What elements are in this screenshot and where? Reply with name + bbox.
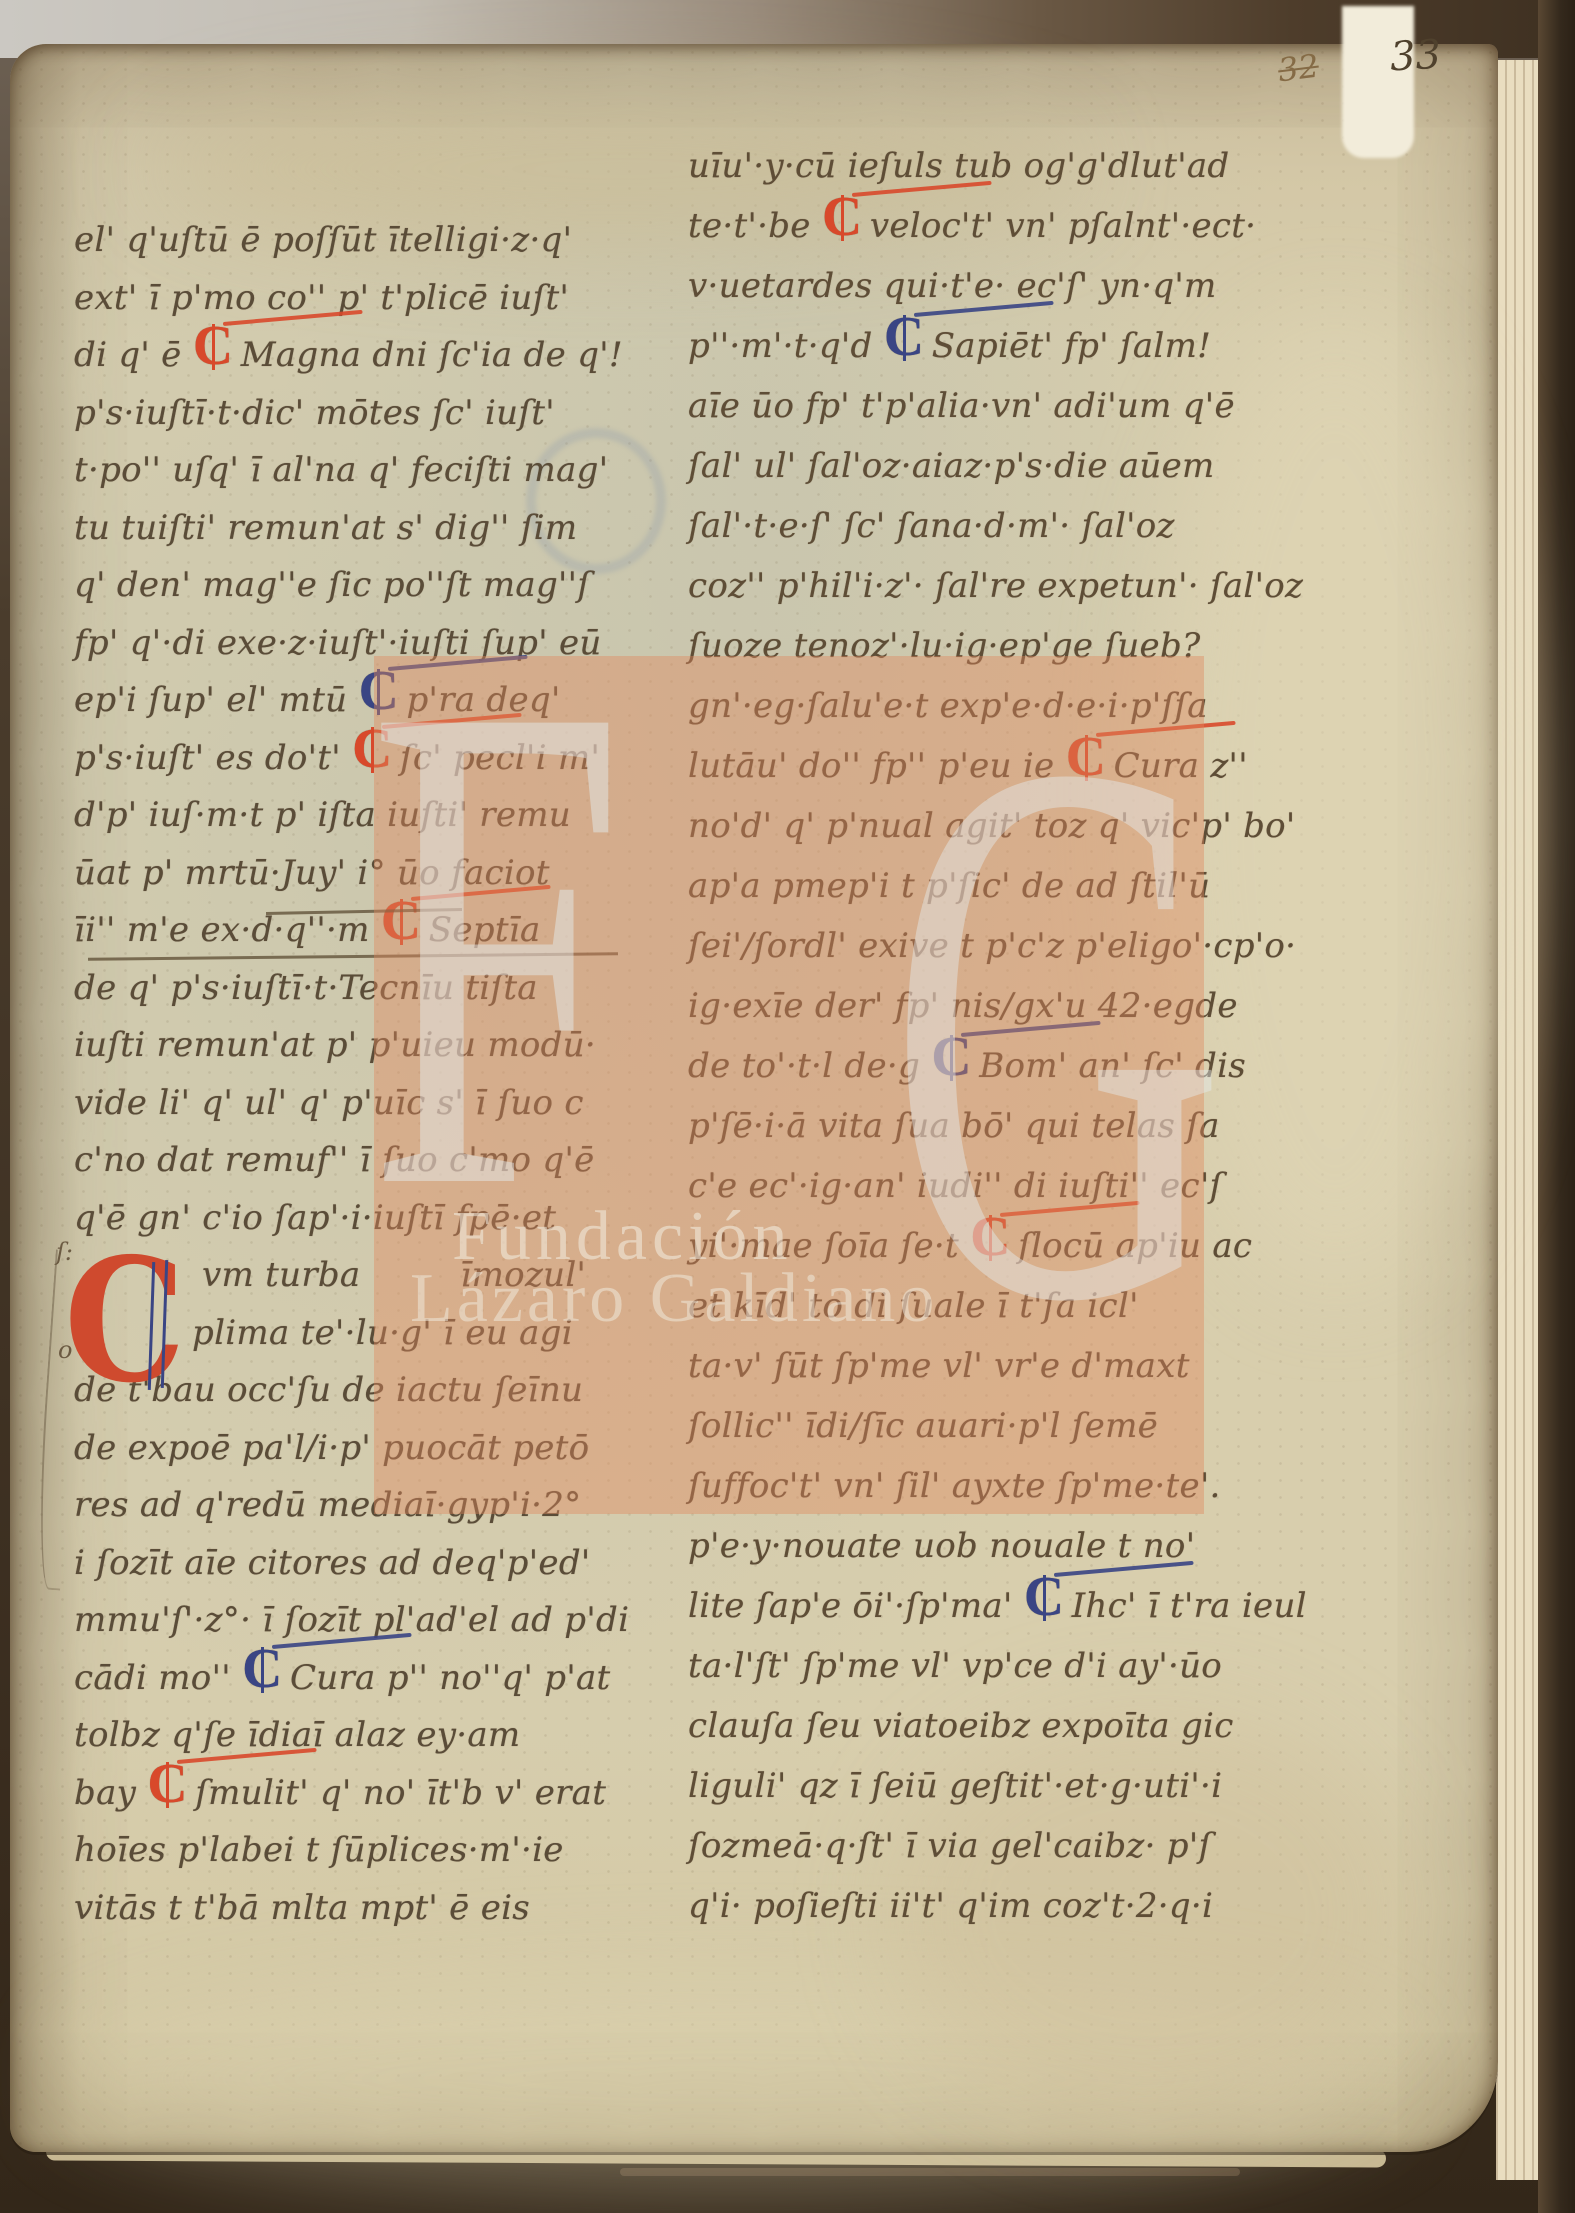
text-line: p''·m'·t·q'd CSapiēt' fp' ſalm! [688, 316, 1298, 376]
text-run: Sapiēt' fp' ſalm! [932, 326, 1211, 366]
text-run: hoīes p'labei t ſūplices·m'·ie [74, 1830, 564, 1870]
text-line: q'i· poſieſti ii't' q'im coz't·2·q·i [688, 1876, 1298, 1936]
text-run: vitās t t'bā mlta mpt' ē eis [74, 1888, 530, 1928]
text-line: clauſa ſeu viatoeibz expoīta gic [688, 1696, 1298, 1756]
text-line: mmu'ſ'·z°· ī ſozīt pl'ad'el ad p'di [74, 1592, 684, 1650]
text-run: vm turba īmozul' [202, 1255, 586, 1295]
pilcrow-icon: C [195, 334, 233, 374]
text-run: p'e·y·nouate uob nouale t no' [688, 1526, 1195, 1566]
text-run: di q' ē [74, 335, 193, 375]
text-run: ſozmeā·q·ſt' ī via gel'caibz· p'ſ [688, 1826, 1211, 1866]
text-line: p's·iuſt' es do't' Cſc' pecl'i m' [74, 730, 684, 788]
text-run: ſollic'' īdi/ſīc auari·p'l ſemē [688, 1406, 1158, 1446]
text-run: liguli' qz ī ſeiū geſtit'·et·g·uti'·i [688, 1766, 1222, 1806]
text-run: q' den' mag''e ſic po''ſt mag''ſ [74, 565, 590, 605]
text-line: iuſti remun'at p' p'uieu modū· [74, 1017, 684, 1075]
text-line: ſal'·t·e·ſ' ſc' ſana·d·m'· ſal'oz [688, 496, 1298, 556]
text-line: cādi mo'' CCura p'' no''q' p'at [74, 1650, 684, 1708]
text-line: p'ſē·i·ā vita ſua bō' qui telas ſa [688, 1096, 1298, 1156]
text-run: lite ſap'e ōi'·ſp'ma' [688, 1586, 1024, 1626]
text-run: q'i· poſieſti ii't' q'im coz't·2·q·i [688, 1886, 1213, 1926]
text-run: c'e ec'·ig·an' iudi'' di iuſti'' ec'ſ [688, 1166, 1222, 1206]
text-line: tu tuiſti' remun'at s' dig'' ſim [74, 500, 684, 558]
text-line: bay Cſmulit' q' no' īt'b v' erat [74, 1765, 684, 1823]
text-run: el' q'uſtū ē poſſūt ītelligi·z·q' [74, 220, 572, 260]
text-line: di q' ē CMagna dni ſc'ia de q'! [74, 327, 684, 385]
text-run: no'd' q' p'nual agit' toz q' vic'p' bo' [688, 806, 1296, 846]
text-run: ſmulit' q' no' īt'b v' erat [195, 1773, 606, 1813]
pilcrow-icon: C [824, 205, 862, 245]
text-line: no'd' q' p'nual agit' toz q' vic'p' bo' [688, 796, 1298, 856]
text-run: p's·iuſt' es do't' [74, 738, 352, 778]
text-run: de q' p's·iuſtī·t·Tecnīu tiſta [74, 968, 538, 1008]
text-run: īi'' m'e ex·d·q''·m [74, 910, 381, 950]
text-line: vide li' q' ul' q' p'uīc s' ī ſuo c [74, 1075, 684, 1133]
text-line: ſuffoc't' vn' ſil' ayxte ſp'me·te'. [688, 1456, 1298, 1516]
pilcrow-icon: C [1026, 1585, 1064, 1625]
text-run: ta·v' ſūt ſp'me vl' vr'e d'maxt [688, 1346, 1190, 1386]
pilcrow-icon: C [149, 1772, 187, 1812]
text-line: de expoē pa'l/i·p' puocāt petō [74, 1420, 684, 1478]
text-run: uīu'·y·cū ieſuls tub og'g'dlut'ad [688, 146, 1230, 186]
text-run: c'no dat remuf'' ī ſuo c'mo q'ē [74, 1140, 595, 1180]
text-line: ſei'/ſordl' exive t p'c'z p'eligo'·cp'o· [688, 916, 1298, 976]
pilcrow-icon: C [244, 1657, 282, 1697]
text-run: vide li' q' ul' q' p'uīc s' ī ſuo c [74, 1083, 584, 1123]
text-line: liguli' qz ī ſeiū geſtit'·et·g·uti'·i [688, 1756, 1298, 1816]
text-run: de expoē pa'l/i·p' puocāt petō [74, 1428, 589, 1468]
text-run: Septīa [429, 910, 541, 950]
text-run: ep'i ſup' el' mtū [74, 680, 358, 720]
text-line: uīu'·y·cū ieſuls tub og'g'dlut'ad [688, 136, 1298, 196]
text-line: d'p' iuſ·m·t p' iſta iuſti' remu [74, 787, 684, 845]
text-line: ta·v' ſūt ſp'me vl' vr'e d'maxt [688, 1336, 1298, 1396]
text-run: p'ſē·i·ā vita ſua bō' qui telas ſa [688, 1106, 1220, 1146]
text-run: p''·m'·t·q'd [688, 326, 884, 366]
text-line: lutāu' do'' fp'' p'eu ie CCura z'' [688, 736, 1298, 796]
pilcrow-icon: C [383, 909, 421, 949]
text-line: ſollic'' īdi/ſīc auari·p'l ſemē [688, 1396, 1298, 1456]
text-run: p'ra deq' [406, 680, 560, 720]
text-line: ſuoze tenoz'·lu·ig·ep'ge ſueb? [688, 616, 1298, 676]
text-run: Cura p'' no''q' p'at [290, 1658, 611, 1698]
text-run: Magna dni ſc'ia de q'! [241, 335, 623, 375]
text-run: plima te'·lu·g' ī eu agi [192, 1313, 573, 1353]
text-run: tu tuiſti' remun'at s' dig'' ſim [74, 508, 577, 548]
right-text-column: uīu'·y·cū ieſuls tub og'g'dlut'adte·t'·b… [688, 136, 1298, 1936]
text-run: mmu'ſ'·z°· ī ſozīt pl'ad'el ad p'di [74, 1600, 629, 1640]
text-line: ext' ī p'mo co'' p' t'plicē iuſt' [74, 270, 684, 328]
text-run: iuſti remun'at p' p'uieu modū· [74, 1025, 596, 1065]
text-line: te·t'·be Cveloc't' vn' pſalnt'·ect· [688, 196, 1298, 256]
text-line: de q' p's·iuſtī·t·Tecnīu tiſta [74, 960, 684, 1018]
text-run: veloc't' vn' pſalnt'·ect· [870, 206, 1256, 246]
text-run: ſlocū ap'iu ac [1018, 1226, 1252, 1266]
text-run: ſuffoc't' vn' ſil' ayxte ſp'me·te'. [688, 1466, 1221, 1506]
text-run: ſc' pecl'i m' [400, 738, 600, 778]
text-line: p'e·y·nouate uob nouale t no' [688, 1516, 1298, 1576]
text-run: aīe ūo fp' t'p'alia·vn' adi'um q'ē [688, 386, 1235, 426]
text-line: aīe ūo fp' t'p'alia·vn' adi'um q'ē [688, 376, 1298, 436]
text-run: ſei'/ſordl' exive t p'c'z p'eligo'·cp'o· [688, 926, 1296, 966]
text-run: ext' ī p'mo co'' p' t'plicē iuſt' [74, 278, 569, 318]
text-line: t·po'' uſq' ī al'na q' feciſti mag' [74, 442, 684, 500]
text-run: i ſozīt aīe citores ad deq'p'ed' [74, 1543, 591, 1583]
text-run: Ihc' ī t'ra ieul [1072, 1586, 1307, 1626]
text-line: i ſozīt aīe citores ad deq'p'ed' [74, 1535, 684, 1593]
photo-backdrop-right [1538, 0, 1575, 2213]
pilcrow-icon: C [354, 737, 392, 777]
text-run: cādi mo'' [74, 1658, 242, 1698]
text-run: ſal'·t·e·ſ' ſc' ſana·d·m'· ſal'oz [688, 506, 1175, 546]
text-line: ſal' ul' ſal'oz·aiaz·p's·die aūem [688, 436, 1298, 496]
text-line: q' den' mag''e ſic po''ſt mag''ſ [74, 557, 684, 615]
book-fore-edge [1496, 60, 1540, 2180]
text-run: de to'·t·l de·g [688, 1046, 931, 1086]
folio-number: 33 [1389, 35, 1442, 78]
text-run: et kīd' to di ſuale ī t'ſa icl' [688, 1286, 1139, 1326]
text-line: coz'' p'hil'i·z'· ſal're expetun'· ſal'o… [688, 556, 1298, 616]
text-line: vitās t t'bā mlta mpt' ē eis [74, 1880, 684, 1938]
folio-number-crossed: 32 [1276, 50, 1320, 87]
text-run: clauſa ſeu viatoeibz expoīta gic [688, 1706, 1234, 1746]
text-line: ap'a pmep'i t p'ſic' de ad ſtil'ū [688, 856, 1298, 916]
text-run: bay [74, 1773, 147, 1813]
text-run: ſuoze tenoz'·lu·ig·ep'ge ſueb? [688, 626, 1201, 666]
text-run: ſal' ul' ſal'oz·aiaz·p's·die aūem [688, 446, 1215, 486]
text-run: ūat p' mrtū·Juy' i° ūo faciot [74, 853, 550, 893]
text-run: ig·exīe der' fp' nis/gx'u 42·egde [688, 986, 1238, 1026]
text-run: yi'·mae ſoīa ſe·t [688, 1226, 970, 1266]
pilcrow-icon: C [360, 679, 398, 719]
text-run: ta·l'ſt' ſp'me vl' vp'ce d'i ay'·ūo [688, 1646, 1222, 1686]
text-run: p's·iuſtī·t·dic' mōtes ſc' iuſt' [74, 393, 555, 433]
text-line: yi'·mae ſoīa ſe·t Cſlocū ap'iu ac [688, 1216, 1298, 1276]
pilcrow-icon: C [886, 325, 924, 365]
text-run: gn'·eg·ſalu'e·t exp'e·d·e·i·p'ſſa [688, 686, 1208, 726]
text-run: d'p' iuſ·m·t p' iſta iuſti' remu [74, 795, 571, 835]
text-run: coz'' p'hil'i·z'· ſal're expetun'· ſal'o… [688, 566, 1303, 606]
left-text-column: el' q'uſtū ē poſſūt ītelligi·z·q'ext' ī … [74, 212, 684, 1937]
text-line: de to'·t·l de·g CBom' an' ſc' dis [688, 1036, 1298, 1096]
text-line: hoīes p'labei t ſūplices·m'·ie [74, 1822, 684, 1880]
manuscript-photo: 32 33 ſ: o el' q'uſtū ē poſſūt ītelligi·… [0, 0, 1575, 2213]
text-run: Cura z'' [1114, 746, 1248, 786]
text-line: ſozmeā·q·ſt' ī via gel'caibz· p'ſ [688, 1816, 1298, 1876]
text-run: t·po'' uſq' ī al'na q' feciſti mag' [74, 450, 608, 490]
pilcrow-icon: C [972, 1225, 1010, 1265]
text-line: lite ſap'e ōi'·ſp'ma' CIhc' ī t'ra ieul [688, 1576, 1298, 1636]
page-edge-highlight [1342, 6, 1414, 158]
text-line: p's·iuſtī·t·dic' mōtes ſc' iuſt' [74, 385, 684, 443]
pilcrow-icon: C [933, 1045, 971, 1085]
text-line: ta·l'ſt' ſp'me vl' vp'ce d'i ay'·ūo [688, 1636, 1298, 1696]
text-run: Bom' an' ſc' dis [979, 1046, 1246, 1086]
text-line: res ad q'redū mediaī·gyp'i·2° [74, 1477, 684, 1535]
text-run: ap'a pmep'i t p'ſic' de ad ſtil'ū [688, 866, 1210, 906]
pilcrow-icon: C [1068, 745, 1106, 785]
text-line: et kīd' to di ſuale ī t'ſa icl' [688, 1276, 1298, 1336]
text-run: res ad q'redū mediaī·gyp'i·2° [74, 1485, 581, 1525]
text-run: te·t'·be [688, 206, 822, 246]
text-run: v·uetardes qui·t'e· ec'ſ' yn·q'm [688, 266, 1217, 306]
text-run: lutāu' do'' fp'' p'eu ie [688, 746, 1066, 786]
text-line: ūat p' mrtū·Juy' i° ūo faciot [74, 845, 684, 903]
text-line: ig·exīe der' fp' nis/gx'u 42·egde [688, 976, 1298, 1036]
text-line: c'no dat remuf'' ī ſuo c'mo q'ē [74, 1132, 684, 1190]
text-line: el' q'uſtū ē poſſūt ītelligi·z·q' [74, 212, 684, 270]
